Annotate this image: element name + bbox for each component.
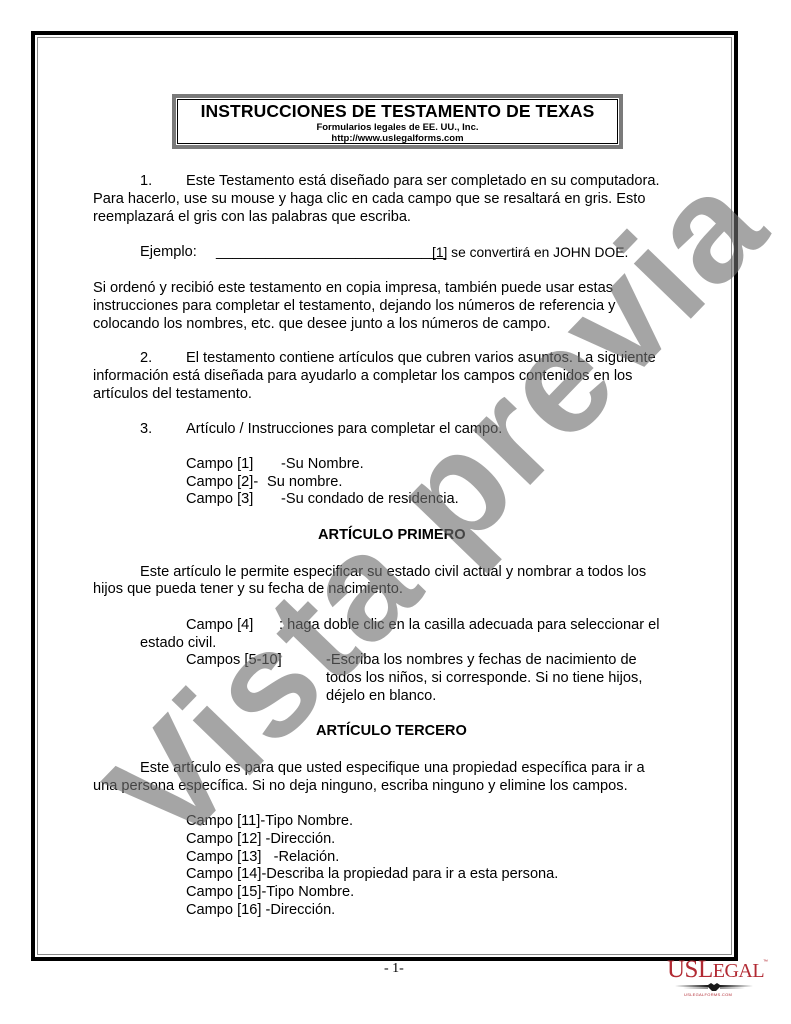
example-rest: [1] se convertirá en JOHN DOE.: [432, 244, 628, 262]
uslegal-logo: USLEGAL ™ USLEGALFORMS.COM: [667, 957, 767, 997]
field-11: Campo [11]-Tipo Nombre.: [186, 812, 353, 830]
article1-line1: Este artículo le permite especificar su …: [140, 563, 646, 581]
document-title: INSTRUCCIONES DE TESTAMENTO DE TEXAS: [176, 101, 619, 122]
field-1-desc: -Su Nombre.: [281, 455, 364, 473]
logo-url: USLEGALFORMS.COM: [684, 992, 732, 997]
p2-number: 2.: [140, 349, 152, 367]
field-13: Campo [13] -Relación.: [186, 848, 339, 866]
article-primero-heading: ARTÍCULO PRIMERO: [318, 527, 466, 543]
article3-line1: Este artículo es para que usted especifi…: [140, 759, 645, 777]
p2-line3: artículos del testamento.: [93, 385, 252, 403]
article3-line2: una persona específica. Si no deja ningu…: [93, 777, 628, 795]
article-tercero-heading: ARTÍCULO TERCERO: [316, 723, 467, 739]
p1-line3: reemplazará el gris con las palabras que…: [93, 208, 411, 226]
publisher-name: Formularios legales de EE. UU., Inc.: [176, 122, 619, 133]
p1-number: 1.: [140, 172, 152, 190]
title-box: INSTRUCCIONES DE TESTAMENTO DE TEXAS For…: [172, 94, 623, 149]
page-number: - 1-: [384, 961, 404, 977]
field-14: Campo [14]-Describa la propiedad para ir…: [186, 865, 558, 883]
p3-number: 3.: [140, 420, 152, 438]
field-4-cont: estado civil.: [140, 634, 216, 652]
field-16: Campo [16] -Dirección.: [186, 901, 335, 919]
example-label: Ejemplo:: [140, 243, 197, 261]
p1-line2: Para hacerlo, use su mouse y haga clic e…: [93, 190, 645, 208]
publisher-url: http://www.uslegalforms.com: [176, 133, 619, 144]
example-blank: ____________________________: [216, 243, 446, 261]
field-15: Campo [15]-Tipo Nombre.: [186, 883, 354, 901]
print-line2: instrucciones para completar el testamen…: [93, 297, 615, 315]
p2-line2: información está diseñada para ayudarlo …: [93, 367, 632, 385]
field-2-desc: Su nombre.: [267, 473, 342, 491]
field-5-10-desc-3: déjelo en blanco.: [326, 687, 436, 705]
field-5-10-desc-1: -Escriba los nombres y fechas de nacimie…: [326, 651, 637, 669]
field-12: Campo [12] -Dirección.: [186, 830, 335, 848]
p3-text: Artículo / Instrucciones para completar …: [186, 420, 502, 438]
print-line3: colocando los nombres, etc. que desee ju…: [93, 315, 551, 333]
article1-line2: hijos que pueda tener y su fecha de naci…: [93, 580, 403, 598]
eagle-wings-icon: [675, 983, 753, 991]
trademark-symbol: ™: [763, 959, 768, 965]
field-2-label: Campo [2]-: [186, 473, 258, 491]
field-5-10-label: Campos [5-10]: [186, 651, 282, 669]
field-4-desc: : haga doble clic en la casilla adecuada…: [279, 616, 660, 634]
logo-wordmark: USLEGAL: [667, 957, 767, 984]
p1-line1: Este Testamento está diseñado para ser c…: [186, 172, 660, 190]
field-3-label: Campo [3]: [186, 490, 253, 508]
field-3-desc: -Su condado de residencia.: [281, 490, 459, 508]
p2-line1: El testamento contiene artículos que cub…: [186, 349, 656, 367]
field-5-10-desc-2: todos los niños, si corresponde. Si no t…: [326, 669, 642, 687]
field-4-label: Campo [4]: [186, 616, 253, 634]
field-1-label: Campo [1]: [186, 455, 253, 473]
print-line1: Si ordenó y recibió este testamento en c…: [93, 279, 613, 297]
